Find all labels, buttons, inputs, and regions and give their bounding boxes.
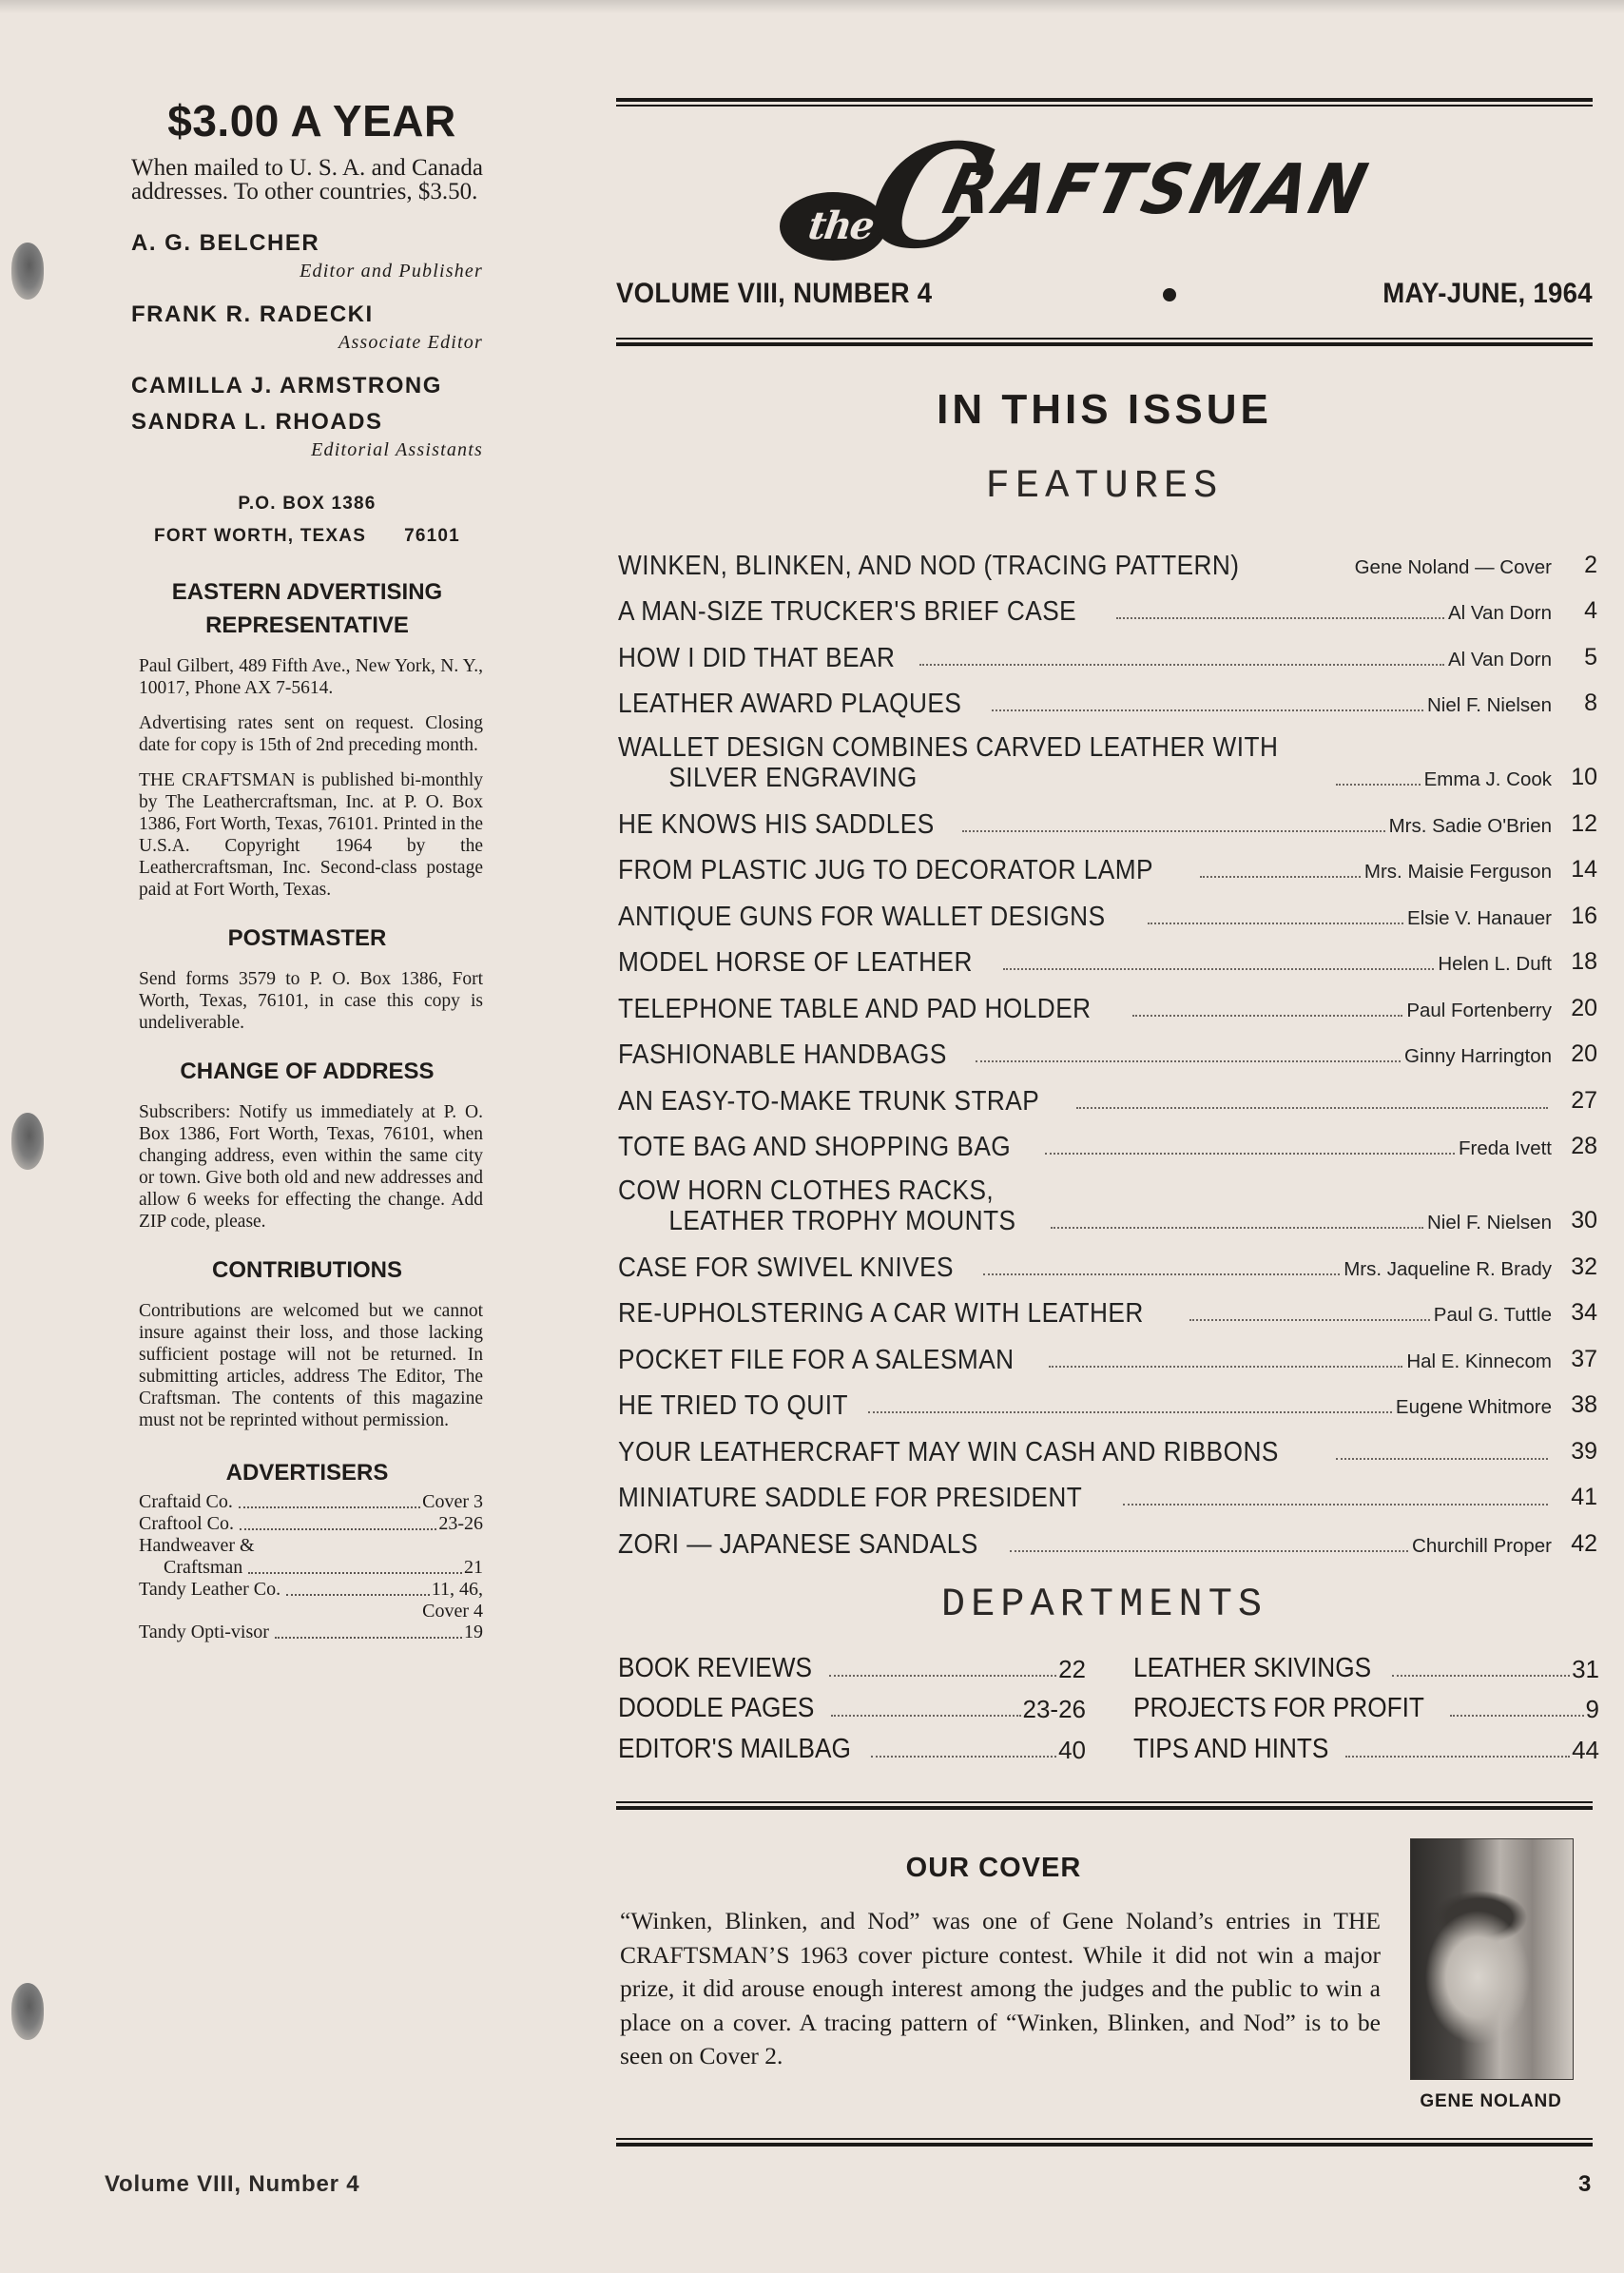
department-title: BOOK REVIEWS [618, 1653, 812, 1684]
department-title: LEATHER SKIVINGS [1133, 1653, 1371, 1684]
leader-dots [871, 1756, 1056, 1758]
subscription-price: $3.00 A YEAR [141, 95, 483, 146]
leader-dots [962, 830, 1385, 832]
feature-row[interactable]: HE KNOWS HIS SADDLESMrs. Sadie O'Brien12 [618, 793, 1597, 840]
feature-author: Al Van Dorn [1448, 602, 1552, 625]
department-row[interactable]: BOOK REVIEWS22 [618, 1643, 1086, 1684]
feature-title: HOW I DID THAT BEAR [618, 643, 895, 673]
advertiser-row: Tandy Leather Co. 11, 46, [139, 1579, 483, 1601]
staff-role: Associate Editor [131, 332, 483, 354]
advertiser-name: Tandy Opti-visor [139, 1622, 269, 1643]
feature-author: Emma J. Cook [1424, 768, 1552, 791]
feature-page: 39 [1552, 1438, 1597, 1466]
advertiser-page: 23-26 [438, 1513, 483, 1535]
leader-dots [1132, 1015, 1402, 1017]
advertiser-row: Craftool Co. 23-26 [139, 1513, 483, 1535]
advertiser-row: Tandy Opti-visor 19 [139, 1622, 483, 1643]
binder-hole-bottom [11, 1983, 44, 2040]
feature-author: Paul Fortenberry [1406, 1000, 1552, 1022]
feature-page: 10 [1552, 764, 1597, 791]
advertiser-name: Craftool Co. [139, 1513, 234, 1535]
feature-page: 38 [1552, 1391, 1597, 1419]
feature-page: 18 [1552, 948, 1597, 976]
leader-dots [829, 1675, 1056, 1677]
departments-right-column: LEATHER SKIVINGS31PROJECTS FOR PROFIT9TI… [1133, 1643, 1599, 1765]
feature-row[interactable]: COW HORN CLOTHES RACKS,LEATHER TROPHY MO… [618, 1162, 1597, 1236]
feature-title-continued: SILVER ENGRAVING [618, 763, 1278, 793]
department-title: EDITOR'S MAILBAG [618, 1734, 851, 1765]
mailing-address: P.O. BOX 1386 FORT WORTH, TEXAS76101 [131, 488, 483, 553]
leader-dots [275, 1637, 462, 1639]
department-page: 9 [1586, 1695, 1599, 1724]
feature-page: 28 [1552, 1133, 1597, 1160]
our-cover-heading: OUR COVER [618, 1853, 1369, 1884]
feature-row[interactable]: RE-UPHOLSTERING A CAR WITH LEATHERPaul G… [618, 1283, 1597, 1330]
issue-line: VOLUME VIII, NUMBER 4 MAY-JUNE, 1964 [616, 278, 1593, 316]
issue-date: MAY-JUNE, 1964 [1382, 278, 1593, 310]
feature-row[interactable]: FASHIONABLE HANDBAGSGinny Harrington20 [618, 1024, 1597, 1071]
feature-title: ZORI — JAPANESE SANDALS [618, 1529, 978, 1560]
advertiser-page: Cover 3 [422, 1491, 483, 1513]
department-title: PROJECTS FOR PROFIT [1133, 1693, 1424, 1724]
feature-title-block: YOUR LEATHERCRAFT MAY WIN CASH AND RIBBO… [618, 1437, 1336, 1467]
feature-row[interactable]: HE TRIED TO QUITEugene Whitmore38 [618, 1375, 1597, 1422]
staff-name: A. G. BELCHER [131, 230, 483, 257]
feature-title-block: HE TRIED TO QUIT [618, 1390, 868, 1421]
feature-author: Mrs. Maisie Ferguson [1364, 861, 1552, 884]
zip-code: 76101 [404, 526, 460, 546]
leader-dots [286, 1594, 430, 1596]
footer-volume: Volume VIII, Number 4 [105, 2171, 359, 2198]
leader-dots [1345, 1756, 1570, 1758]
leader-dots [1336, 1458, 1548, 1460]
feature-title-block: LEATHER AWARD PLAQUES [618, 689, 992, 719]
feature-title-block: HE KNOWS HIS SADDLES [618, 809, 962, 840]
contributions-text: Contributions are welcomed but we cannot… [131, 1300, 483, 1431]
feature-page: 12 [1552, 810, 1597, 838]
feature-row[interactable]: ZORI — JAPANESE SANDALSChurchill Proper4… [618, 1513, 1597, 1560]
masthead-sidebar: $3.00 A YEAR When mailed to U. S. A. and… [131, 95, 483, 1643]
advertisers-list: Craftaid Co. Cover 3 Craftool Co. 23-26 … [131, 1491, 483, 1643]
feature-title-block: FROM PLASTIC JUG TO DECORATOR LAMP [618, 855, 1200, 885]
leader-dots [919, 664, 1444, 666]
contents-heading: IN THIS ISSUE [616, 386, 1593, 434]
feature-title-block: A MAN-SIZE TRUCKER'S BRIEF CASE [618, 596, 1116, 627]
cover-top-rule [616, 1801, 1593, 1811]
feature-author: Hal E. Kinnecom [1406, 1350, 1552, 1373]
department-row[interactable]: LEATHER SKIVINGS31 [1133, 1643, 1599, 1684]
feature-title-block: CASE FOR SWIVEL KNIVES [618, 1253, 983, 1283]
feature-page: 14 [1552, 856, 1597, 884]
departments-left-column: BOOK REVIEWS22DOODLE PAGES23-26EDITOR'S … [618, 1643, 1086, 1765]
department-row[interactable]: DOODLE PAGES23-26 [618, 1684, 1086, 1725]
advertiser-page: 21 [464, 1557, 483, 1579]
magazine-logo: the C RAFTSMAN [780, 133, 1426, 257]
feature-title: MODEL HORSE OF LEATHER [618, 947, 973, 978]
staff-role: Editorial Assistants [131, 439, 483, 461]
leader-dots [1116, 617, 1444, 619]
feature-page: 20 [1552, 1040, 1597, 1068]
feature-title: ANTIQUE GUNS FOR WALLET DESIGNS [618, 902, 1106, 932]
advertiser-page: 11, 46, [432, 1579, 483, 1601]
feature-row[interactable]: POCKET FILE FOR A SALESMANHal E. Kinneco… [618, 1329, 1597, 1375]
feature-title: FROM PLASTIC JUG TO DECORATOR LAMP [618, 855, 1153, 885]
photo-caption: GENE NOLAND [1410, 2091, 1572, 2112]
feature-title-block: ANTIQUE GUNS FOR WALLET DESIGNS [618, 902, 1148, 932]
leader-dots [1076, 1107, 1548, 1109]
feature-title-block: TOTE BAG AND SHOPPING BAG [618, 1132, 1045, 1162]
logo-wordmark: RAFTSMAN [936, 148, 1378, 232]
feature-page: 32 [1552, 1253, 1597, 1281]
feature-title: HE KNOWS HIS SADDLES [618, 809, 935, 840]
feature-title-block: ZORI — JAPANESE SANDALS [618, 1529, 1010, 1560]
feature-title-block: POCKET FILE FOR A SALESMAN [618, 1345, 1049, 1375]
feature-title: LEATHER AWARD PLAQUES [618, 689, 961, 719]
feature-title-block: RE-UPHOLSTERING A CAR WITH LEATHER [618, 1298, 1189, 1329]
leader-dots [1336, 784, 1421, 786]
advertiser-name: Tandy Leather Co. [139, 1579, 280, 1601]
feature-title-block: AN EASY-TO-MAKE TRUNK STRAP [618, 1086, 1076, 1117]
feature-author: Mrs. Sadie O'Brien [1389, 815, 1552, 838]
advertiser-name: Craftaid Co. [139, 1491, 233, 1513]
feature-author: Ginny Harrington [1404, 1045, 1552, 1068]
feature-author: Mrs. Jaqueline R. Brady [1344, 1258, 1552, 1281]
po-box: P.O. BOX 1386 [131, 488, 483, 520]
staff-role: Editor and Publisher [131, 261, 483, 282]
feature-row[interactable]: YOUR LEATHERCRAFT MAY WIN CASH AND RIBBO… [618, 1421, 1597, 1467]
leader-dots [240, 1528, 436, 1530]
staff-name: SANDRA L. RHOADS [131, 409, 483, 436]
feature-title-block: FASHIONABLE HANDBAGS [618, 1039, 976, 1070]
feature-title: RE-UPHOLSTERING A CAR WITH LEATHER [618, 1298, 1144, 1329]
feature-title-block: WALLET DESIGN COMBINES CARVED LEATHER WI… [618, 732, 1336, 793]
leader-dots [831, 1715, 1020, 1717]
feature-title: MINIATURE SADDLE FOR PRESIDENT [618, 1483, 1082, 1513]
feature-title: A MAN-SIZE TRUCKER'S BRIEF CASE [618, 596, 1076, 627]
issue-volume: VOLUME VIII, NUMBER 4 [616, 278, 932, 310]
page-top-edge [0, 0, 1624, 13]
leader-dots [1189, 1319, 1430, 1321]
feature-title: COW HORN CLOTHES RACKS, [618, 1175, 1016, 1206]
publisher-text: THE CRAFTSMAN is published bi-monthly by… [131, 769, 483, 901]
feature-title: AN EASY-TO-MAKE TRUNK STRAP [618, 1086, 1039, 1117]
department-page: 31 [1572, 1655, 1599, 1684]
staff-name: CAMILLA J. ARMSTRONG [131, 373, 483, 399]
department-page: 40 [1058, 1736, 1086, 1765]
leader-dots [1051, 1227, 1423, 1229]
feature-title: POCKET FILE FOR A SALESMAN [618, 1345, 1015, 1375]
advertiser-row: Craftsman 21 [139, 1557, 483, 1579]
contributions-heading: CONTRIBUTIONS [131, 1253, 483, 1287]
department-page: 23-26 [1023, 1695, 1087, 1724]
department-title: TIPS AND HINTS [1133, 1734, 1328, 1765]
feature-row[interactable]: WALLET DESIGN COMBINES CARVED LEATHER WI… [618, 719, 1597, 793]
feature-page: 34 [1552, 1299, 1597, 1327]
feature-title: WINKEN, BLINKEN, AND NOD (TRACING PATTER… [618, 551, 1240, 581]
feature-row[interactable]: ANTIQUE GUNS FOR WALLET DESIGNSElsie V. … [618, 885, 1597, 932]
leader-dots [1003, 968, 1434, 970]
leader-dots [1148, 923, 1403, 924]
features-heading: FEATURES [616, 463, 1593, 509]
advertiser-row: Craftaid Co. Cover 3 [139, 1491, 483, 1513]
feature-title: FASHIONABLE HANDBAGS [618, 1039, 947, 1070]
features-list: WINKEN, BLINKEN, AND NOD (TRACING PATTER… [618, 534, 1597, 1560]
binder-hole-top [11, 243, 44, 300]
feature-author: Churchill Proper [1412, 1535, 1552, 1558]
feature-title: CASE FOR SWIVEL KNIVES [618, 1253, 954, 1283]
feature-author: Elsie V. Hanauer [1407, 907, 1552, 930]
eastern-advertising-heading: EASTERN ADVERTISING REPRESENTATIVE [131, 575, 483, 642]
feature-title-continued: LEATHER TROPHY MOUNTS [618, 1206, 1016, 1236]
feature-row[interactable]: HOW I DID THAT BEARAl Van Dorn5 [618, 627, 1597, 673]
feature-row[interactable]: MODEL HORSE OF LEATHERHelen L. Duft18 [618, 932, 1597, 979]
feature-title-block: MINIATURE SADDLE FOR PRESIDENT [618, 1483, 1123, 1513]
leader-dots [1392, 1675, 1570, 1677]
feature-row[interactable]: A MAN-SIZE TRUCKER'S BRIEF CASEAl Van Do… [618, 581, 1597, 628]
feature-title-block: COW HORN CLOTHES RACKS,LEATHER TROPHY MO… [618, 1175, 1051, 1236]
department-page: 22 [1058, 1655, 1086, 1684]
department-row[interactable]: EDITOR'S MAILBAG40 [618, 1724, 1086, 1765]
feature-page: 30 [1552, 1207, 1597, 1234]
eastern-advertising-text: Paul Gilbert, 489 Fifth Ave., New York, … [131, 655, 483, 699]
feature-page: 4 [1552, 597, 1597, 625]
feature-author: Niel F. Nielsen [1427, 694, 1552, 717]
masthead-bottom-rule [616, 338, 1593, 347]
feature-page: 27 [1552, 1087, 1597, 1115]
page-number: 3 [1578, 2171, 1591, 2198]
feature-page: 20 [1552, 995, 1597, 1022]
feature-page: 37 [1552, 1346, 1597, 1373]
feature-row[interactable]: TELEPHONE TABLE AND PAD HOLDERPaul Forte… [618, 978, 1597, 1024]
feature-page: 5 [1552, 644, 1597, 671]
feature-author: Paul G. Tuttle [1434, 1304, 1552, 1327]
leader-dots [1010, 1550, 1408, 1552]
department-row[interactable]: TIPS AND HINTS44 [1133, 1724, 1599, 1765]
bullet-separator [1163, 288, 1176, 301]
feature-row[interactable]: TOTE BAG AND SHOPPING BAGFreda Ivett28 [618, 1117, 1597, 1163]
feature-page: 8 [1552, 690, 1597, 717]
feature-author: Niel F. Nielsen [1427, 1212, 1552, 1234]
feature-row[interactable]: CASE FOR SWIVEL KNIVESMrs. Jaqueline R. … [618, 1236, 1597, 1283]
feature-title: HE TRIED TO QUIT [618, 1390, 848, 1421]
our-cover-text: “Winken, Blinken, and Nod” was one of Ge… [620, 1904, 1381, 2073]
feature-author: Eugene Whitmore [1396, 1396, 1552, 1419]
department-row[interactable]: PROJECTS FOR PROFIT9 [1133, 1684, 1599, 1725]
department-title: DOODLE PAGES [618, 1693, 814, 1724]
feature-author: Gene Noland — Cover [1355, 556, 1552, 579]
advertisers-heading: ADVERTISERS [131, 1456, 483, 1489]
feature-row[interactable]: LEATHER AWARD PLAQUESNiel F. Nielsen8 [618, 673, 1597, 720]
advertiser-page: 19 [464, 1622, 483, 1643]
postmaster-text: Send forms 3579 to P. O. Box 1386, Fort … [131, 968, 483, 1034]
feature-title-block: MODEL HORSE OF LEATHER [618, 947, 1003, 978]
leader-dots [992, 709, 1423, 711]
city-line: FORT WORTH, TEXAS76101 [131, 520, 483, 553]
change-of-address-heading: CHANGE OF ADDRESS [131, 1055, 483, 1088]
leader-dots [1045, 1153, 1455, 1155]
advertiser-name-continued: Craftsman [139, 1557, 242, 1579]
feature-title-block: HOW I DID THAT BEAR [618, 643, 919, 673]
feature-title: TOTE BAG AND SHOPPING BAG [618, 1132, 1011, 1162]
feature-author: Helen L. Duft [1438, 953, 1552, 976]
feature-title-block: WINKEN, BLINKEN, AND NOD (TRACING PATTER… [618, 551, 1293, 581]
advertising-rates-text: Advertising rates sent on request. Closi… [131, 712, 483, 756]
staff-name: FRANK R. RADECKI [131, 301, 483, 328]
feature-page: 41 [1552, 1484, 1597, 1511]
postmaster-heading: POSTMASTER [131, 922, 483, 955]
feature-title: YOUR LEATHERCRAFT MAY WIN CASH AND RIBBO… [618, 1437, 1279, 1467]
feature-row[interactable]: AN EASY-TO-MAKE TRUNK STRAP27 [618, 1070, 1597, 1117]
leader-dots [1049, 1366, 1403, 1368]
feature-title: WALLET DESIGN COMBINES CARVED LEATHER WI… [618, 732, 1278, 763]
departments-heading: DEPARTMENTS [616, 1582, 1593, 1627]
gene-noland-photo [1410, 1838, 1574, 2080]
feature-author: Al Van Dorn [1448, 649, 1552, 671]
binder-hole-middle [11, 1113, 44, 1170]
leader-dots [976, 1060, 1401, 1062]
top-rule [616, 98, 1593, 107]
leader-dots [1123, 1504, 1548, 1506]
leader-dots [1200, 876, 1361, 878]
city: FORT WORTH, TEXAS [154, 526, 366, 546]
feature-title-block: TELEPHONE TABLE AND PAD HOLDER [618, 994, 1132, 1024]
department-page: 44 [1572, 1736, 1599, 1765]
advertiser-page-continued: Cover 4 [139, 1601, 483, 1622]
leader-dots [239, 1506, 420, 1508]
leader-dots [248, 1572, 462, 1574]
feature-page: 42 [1552, 1530, 1597, 1558]
feature-row[interactable]: WINKEN, BLINKEN, AND NOD (TRACING PATTER… [618, 534, 1597, 581]
feature-row[interactable]: MINIATURE SADDLE FOR PRESIDENT41 [618, 1467, 1597, 1514]
feature-page: 16 [1552, 903, 1597, 930]
leader-dots [1450, 1715, 1584, 1717]
feature-row[interactable]: FROM PLASTIC JUG TO DECORATOR LAMPMrs. M… [618, 840, 1597, 886]
feature-author: Freda Ivett [1459, 1137, 1552, 1160]
leader-dots [983, 1273, 1341, 1275]
bottom-rule [616, 2138, 1593, 2147]
change-of-address-text: Subscribers: Notify us immediately at P.… [131, 1101, 483, 1233]
feature-title: TELEPHONE TABLE AND PAD HOLDER [618, 994, 1092, 1024]
subscription-note: When mailed to U. S. A. and Canada addre… [131, 156, 483, 204]
leader-dots [868, 1411, 1392, 1413]
feature-page: 2 [1552, 552, 1597, 579]
advertiser-name: Handweaver & [139, 1535, 483, 1557]
